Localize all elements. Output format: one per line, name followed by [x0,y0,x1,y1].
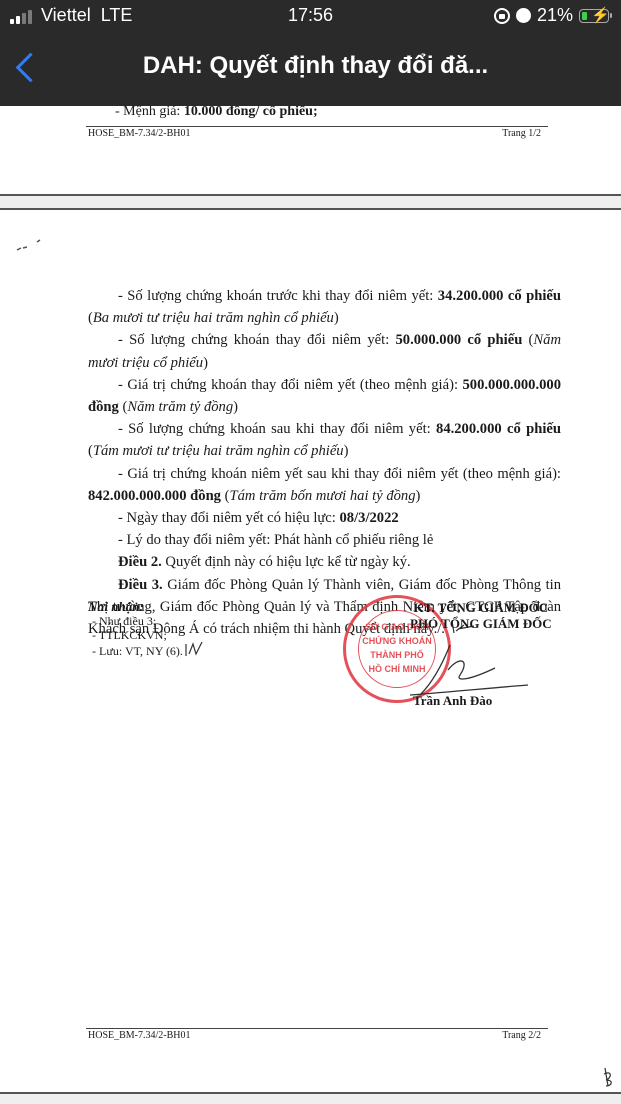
recipient-item: - Lưu: VT, NY (6). [88,642,205,658]
page1-last-line: - Mệnh giá: 10.000 đồng/ cổ phiếu; [115,104,318,120]
initials-mark [600,1066,616,1088]
page1-footer-page: Trang 1/2 [502,128,541,139]
document-page-1: - Mệnh giá: 10.000 đồng/ cổ phiếu; HOSE_… [0,106,621,196]
document-body: - Số lượng chứng khoán trước khi thay đổ… [88,285,561,640]
navigation-bar: DAH: Quyết định thay đổi đă... [0,34,621,106]
signature-title: KT. TỔNG GIÁM ĐỐC PHÓ TỔNG GIÁM ĐỐC [410,600,552,632]
orientation-lock-icon [494,8,510,24]
signer-name: Trần Anh Đào [413,693,492,709]
document-page-2: - Số lượng chứng khoán trước khi thay đổ… [0,208,621,1094]
item-change-value: - Giá trị chứng khoán thay đổi niêm yết … [88,374,561,418]
recipient-item: - Như điều 3; [88,614,205,628]
footer-divider [86,126,548,127]
handwritten-signature [400,640,530,700]
item-after-value: - Giá trị chứng khoán niêm yết sau khi t… [88,463,561,507]
page2-footer-code: HOSE_BM-7.34/2-BH01 [88,1030,191,1041]
effective-date: - Ngày thay đổi niêm yết có hiệu lực: 08… [88,507,561,529]
recipients-block: Nơi nhận: - Như điều 3; - TTLKCKVN; - Lư… [88,600,205,658]
item-after-count: - Số lượng chứng khoán sau khi thay đổi … [88,418,561,462]
recipients-heading: Nơi nhận: [88,600,205,614]
document-title: DAH: Quyết định thay đổi đă... [0,52,621,80]
page1-footer-code: HOSE_BM-7.34/2-BH01 [88,128,191,139]
article-2: Điều 2. Quyết định này có hiệu lực kể từ… [88,551,561,573]
top-bar: Viettel LTE 17:56 21% ⚡ DAH: Quyết định … [0,0,621,106]
recipient-item: - TTLKCKVN; [88,628,205,642]
battery-charging-icon: ⚡ [579,9,609,23]
alarm-icon [516,8,531,23]
initials-mark [183,642,205,658]
scan-marks [15,238,50,254]
item-before-count: - Số lượng chứng khoán trước khi thay đổ… [88,285,561,329]
listing-reason: - Lý do thay đổi niêm yết: Phát hành cổ … [88,529,561,551]
battery-percent: 21% [537,5,573,26]
status-bar: Viettel LTE 17:56 21% ⚡ [0,0,621,34]
page2-footer-page: Trang 2/2 [502,1030,541,1041]
footer-divider [86,1028,548,1029]
item-change-count: - Số lượng chứng khoán thay đổi niêm yết… [88,329,561,373]
